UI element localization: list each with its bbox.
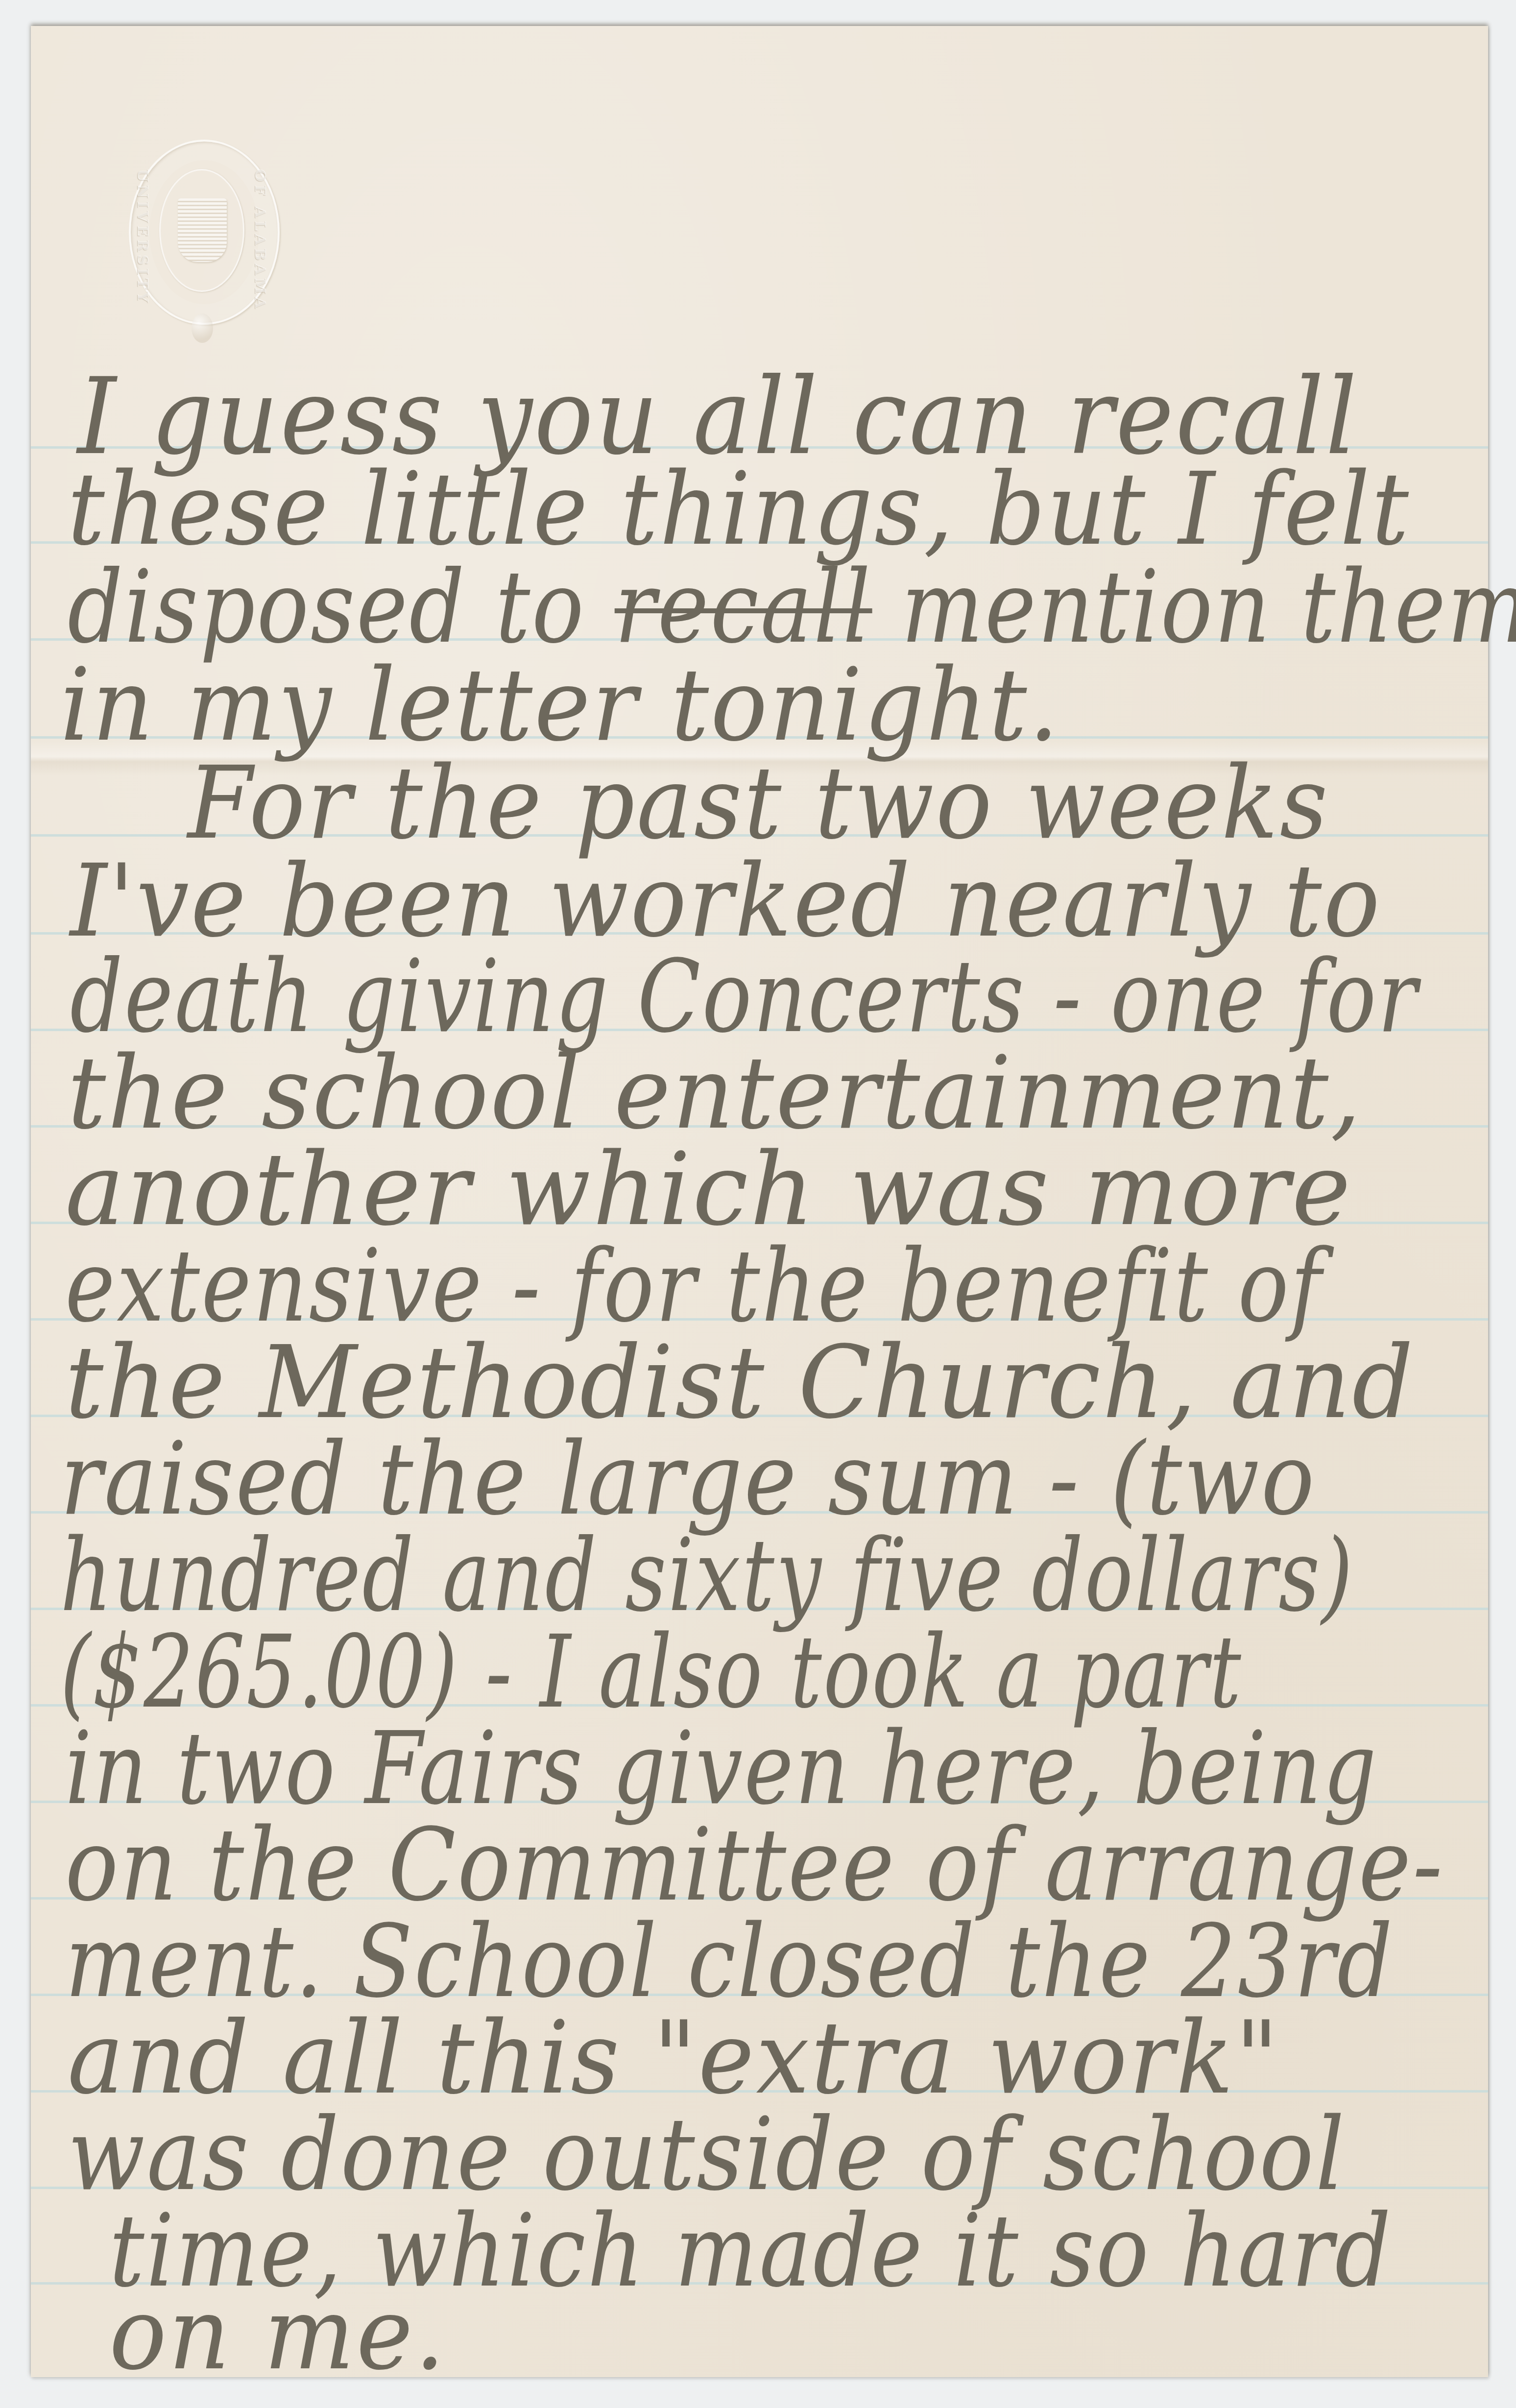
embossed-seal-icon: UNIVERSITY OF ALABAMA	[129, 140, 276, 345]
handwritten-line: in my letter tonight.	[60, 655, 1060, 756]
handwritten-line: and all this "extra work"	[68, 2008, 1280, 2109]
handwritten-line: I've been worked nearly to	[70, 851, 1382, 952]
handwritten-line: on me.	[109, 2284, 447, 2384]
handwritten-line: these little things, but I felt	[68, 459, 1411, 560]
handwritten-line: raised the large sum - (two	[60, 1429, 1316, 1530]
handwritten-line: ($265.00) - I also took a part	[60, 1622, 1243, 1723]
handwritten-line: disposed to recall mention them	[68, 557, 1516, 658]
seal-lettering: UNIVERSITY OF ALABAMA	[129, 140, 276, 321]
letter-page: UNIVERSITY OF ALABAMA I guess you all ca…	[31, 26, 1488, 2377]
seal-text-left: UNIVERSITY	[134, 169, 151, 305]
seal-tassel-icon	[192, 313, 213, 343]
handwritten-line: hundred and sixty five dollars)	[60, 1526, 1354, 1626]
seal-text-right: OF ALABAMA	[251, 169, 268, 312]
handwritten-line: was done outside of school	[68, 2105, 1346, 2205]
handwritten-line: ment. School closed the 23rd	[65, 1912, 1394, 2012]
handwritten-line: death giving Concerts - one for	[70, 947, 1419, 1047]
handwritten-line: extensive - for the benefit of	[65, 1236, 1323, 1337]
handwritten-line: the Methodist Church, and	[65, 1333, 1415, 1433]
handwritten-line: For the past two weeks	[188, 753, 1329, 854]
handwritten-line: in two Fairs given here, being	[65, 1719, 1378, 1819]
handwritten-line: the school entertainment,	[68, 1043, 1363, 1144]
handwritten-line: another which was more	[65, 1140, 1352, 1240]
handwritten-line: on the Committee of arrange-	[65, 1815, 1444, 1916]
